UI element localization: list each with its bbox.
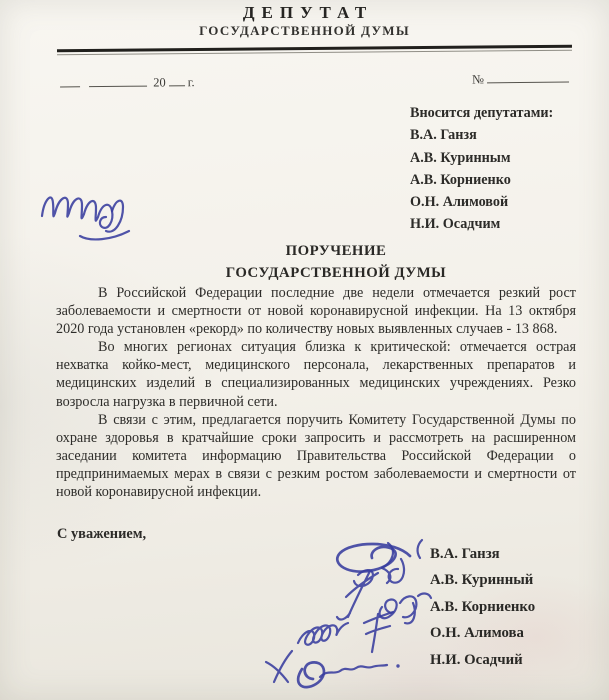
deputy-name: А.В. Корниенко <box>410 169 553 191</box>
deputy-name: В.А. Ганзя <box>410 124 553 146</box>
number-label: № <box>472 72 484 86</box>
date-month-blank <box>89 74 147 88</box>
number-blank <box>487 70 569 84</box>
signatures-cluster <box>250 535 440 700</box>
osadchy-signature-loop <box>298 662 324 687</box>
date-number-row: 20г. № <box>57 70 572 92</box>
letterhead-subtitle: ГОСУДАРСТВЕННОЙ ДУМЫ <box>0 23 609 39</box>
approval-initials-signature <box>28 176 178 248</box>
osadchy-period-dot <box>396 664 399 667</box>
deputy-name: А.В. Куринным <box>410 147 553 169</box>
body-paragraph: Во многих регионах ситуация близка к кри… <box>56 338 576 410</box>
deputy-name: Н.И. Осадчим <box>410 213 553 235</box>
signatory-name: А.В. Куринный <box>430 567 535 593</box>
initials-stroke <box>42 197 112 227</box>
date-day-blank <box>60 74 80 87</box>
osadchy-signature-initial <box>266 651 292 682</box>
submitted-by-block: Вносится депутатами: В.А. Ганзя А.В. Кур… <box>410 102 553 236</box>
signatory-name: В.А. Ганзя <box>430 541 535 567</box>
signatory-name: А.В. Корниенко <box>430 594 535 620</box>
body-paragraph: В Российской Федерации последние две нед… <box>56 284 576 338</box>
document-body: В Российской Федерации последние две нед… <box>56 284 576 501</box>
signatory-name: О.Н. Алимова <box>430 620 535 646</box>
signatory-name: Н.И. Осадчий <box>430 647 535 673</box>
initials-underline <box>80 231 129 239</box>
closing-salutation: С уважением, <box>57 526 146 543</box>
document-title: ПОРУЧЕНИЕ ГОСУДАРСТВЕННОЙ ДУМЫ <box>104 240 568 284</box>
document-page: ДЕПУТАТ ГОСУДАРСТВЕННОЙ ДУМЫ 20г. № Внос… <box>0 0 609 700</box>
document-title-line2: ГОСУДАРСТВЕННОЙ ДУМЫ <box>104 262 568 284</box>
date-blanks: 20г. <box>57 73 195 91</box>
signatory-names: В.А. Ганзя А.В. Куринный А.В. Корниенко … <box>430 541 535 673</box>
submitted-by-label: Вносится депутатами: <box>410 102 553 124</box>
body-paragraph: В связи с этим, предлагается поручить Ко… <box>56 411 576 501</box>
deputy-name: О.Н. Алимовой <box>410 191 553 213</box>
ganzya-signature <box>337 544 410 572</box>
kurinny-signature <box>337 570 378 619</box>
kornienko-signature <box>380 596 417 623</box>
document-title-line1: ПОРУЧЕНИЕ <box>104 240 568 262</box>
year-suffix: г. <box>188 75 195 89</box>
alimova-signature <box>298 623 348 645</box>
ganzya-hook <box>418 540 422 558</box>
kornienko-tilde <box>418 594 431 598</box>
letterhead-rule <box>57 45 572 55</box>
year-prefix: 20 <box>153 75 166 89</box>
letterhead-title: ДЕПУТАТ <box>0 3 609 23</box>
date-year-blank <box>169 73 185 86</box>
number-field: № <box>472 70 572 88</box>
osadchy-signature-tail <box>320 665 387 677</box>
